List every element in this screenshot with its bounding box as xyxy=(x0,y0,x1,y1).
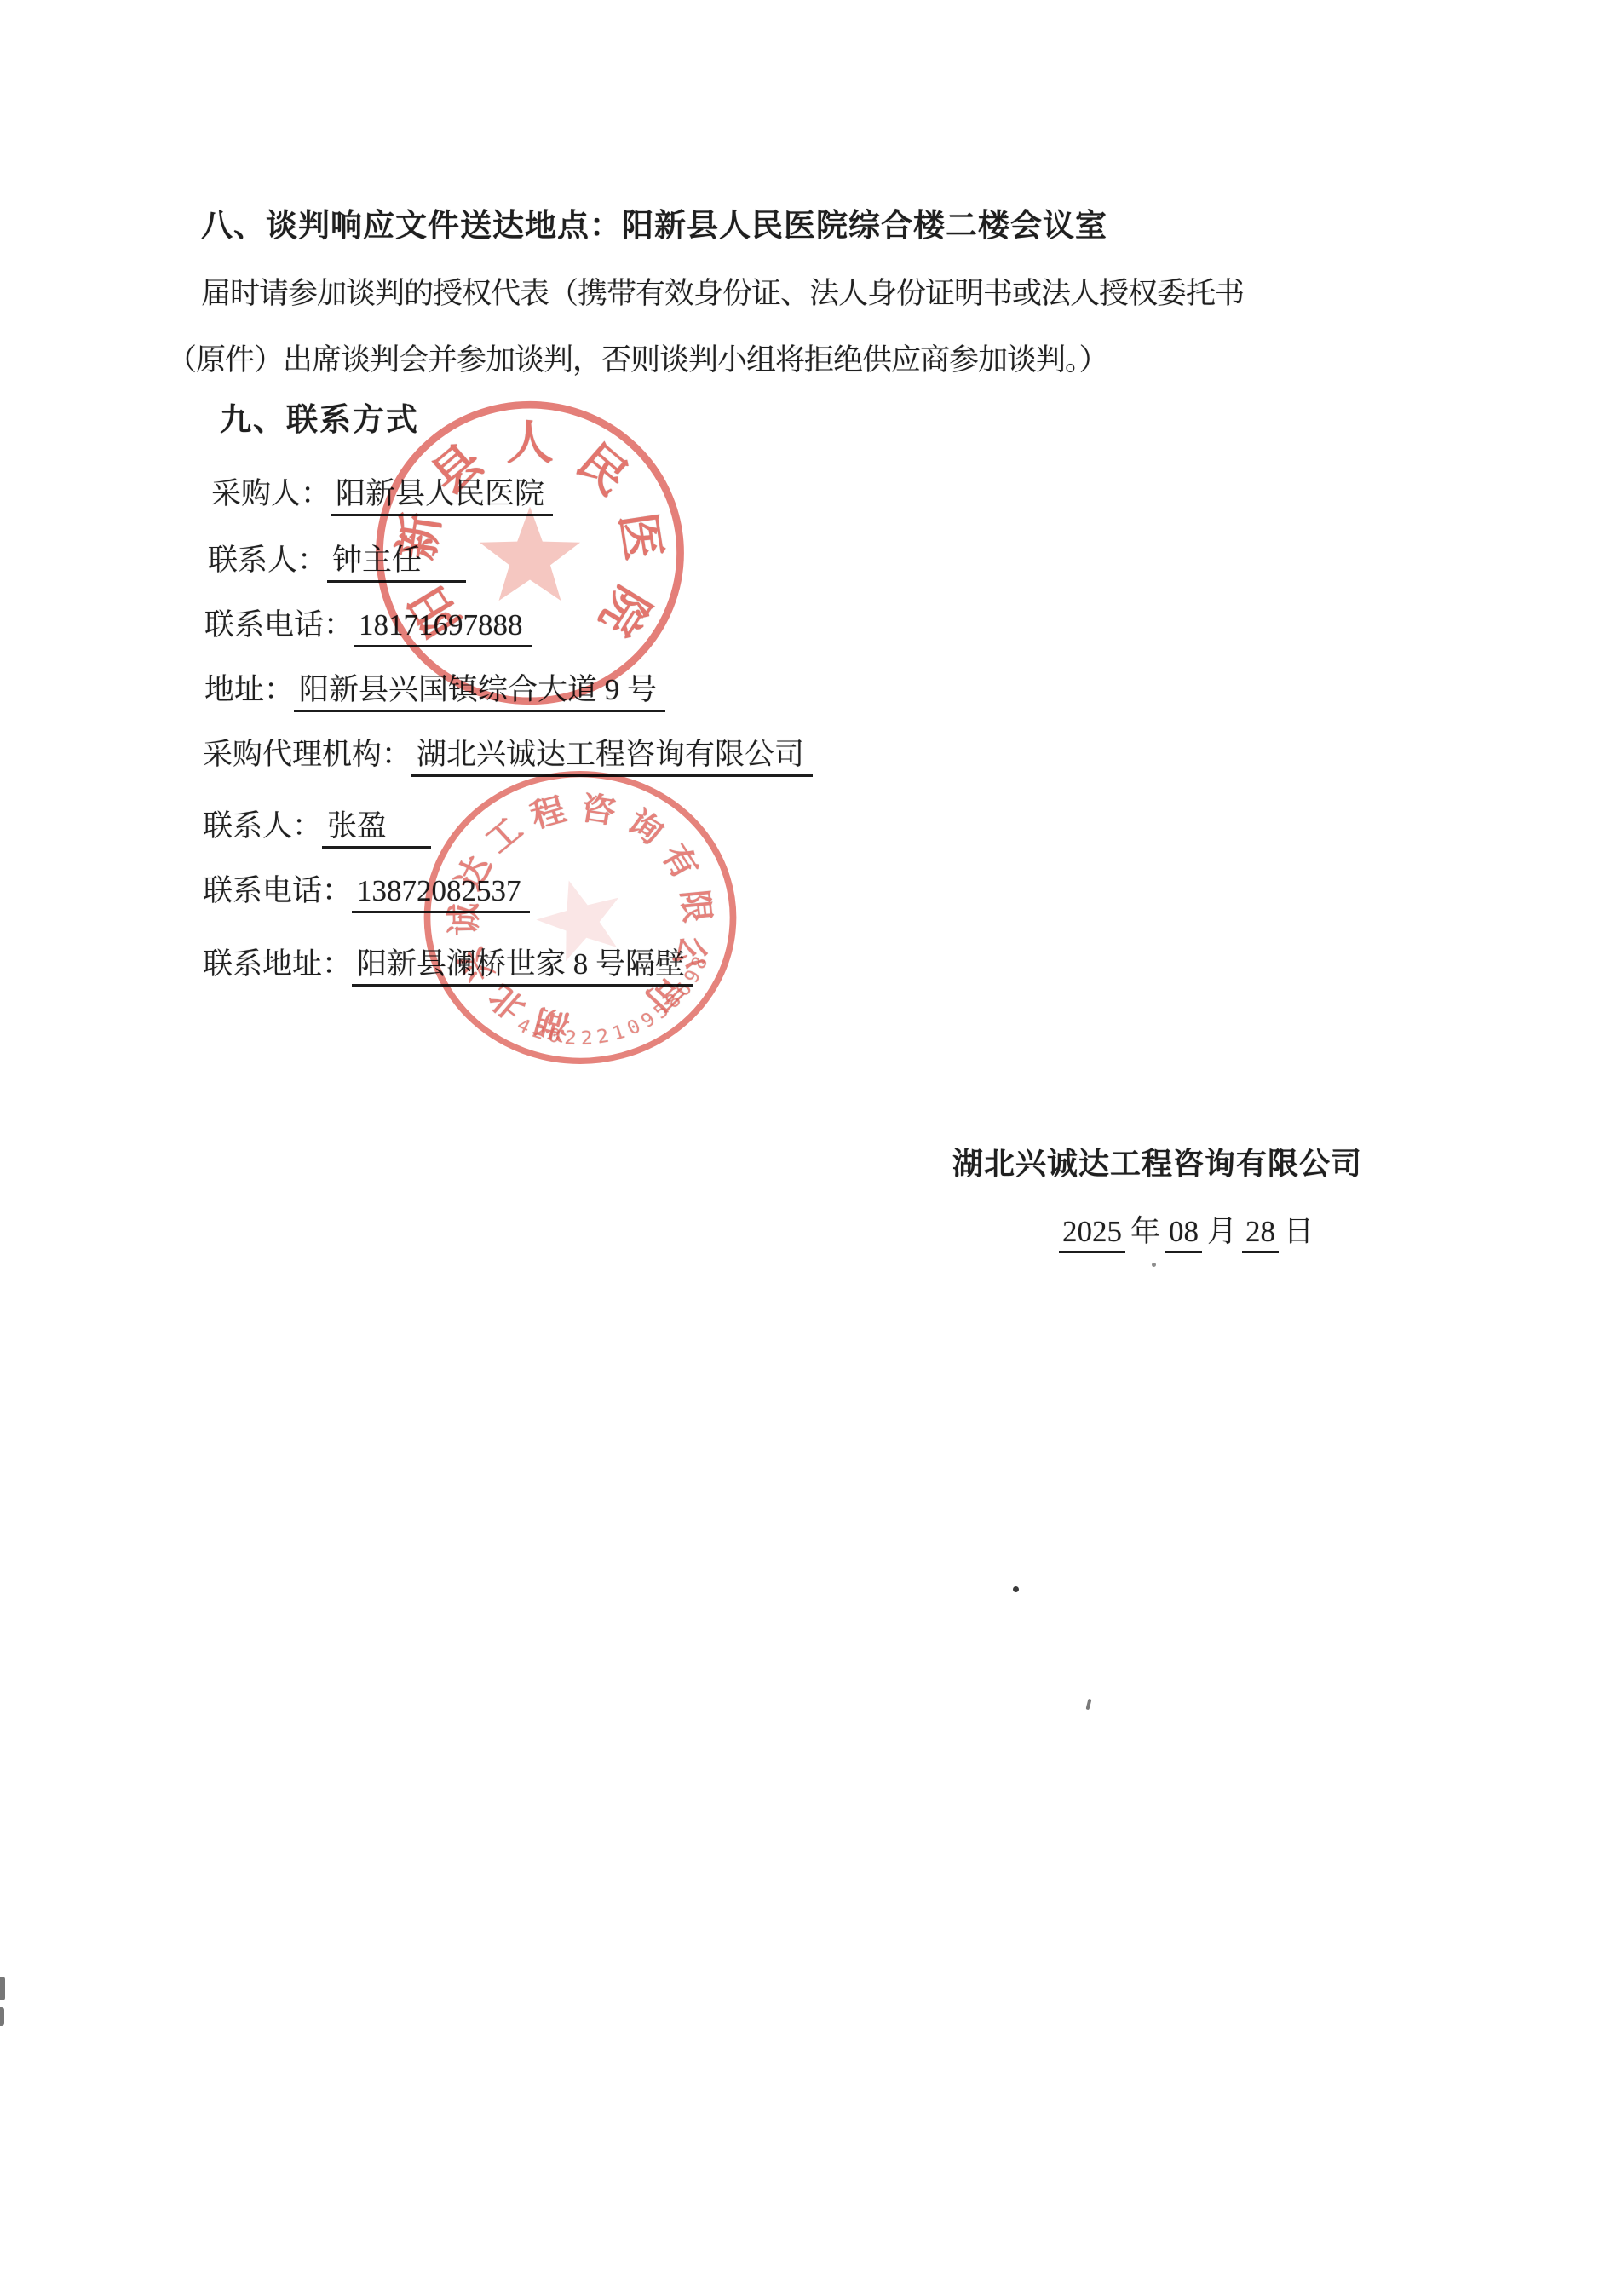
svg-text:2: 2 xyxy=(595,1025,610,1048)
scan-speck xyxy=(1013,1586,1019,1592)
svg-text:医: 医 xyxy=(610,509,672,564)
svg-text:1: 1 xyxy=(610,1021,628,1045)
scan-speck xyxy=(1085,1699,1091,1711)
agency-label: 采购代理机构： xyxy=(203,738,411,771)
paragraph-line-1: 届时请参加谈判的授权代表（携带有效身份证、法人身份证明书或法人授权委托书 xyxy=(201,275,1244,313)
agency-person-label: 联系人： xyxy=(203,809,322,843)
agency-seal-stamp: 湖北兴诚达工程咨询有限公司 42022210958698 xyxy=(416,763,745,1072)
contact-line-agency-person: 联系人：张盈 xyxy=(203,808,431,845)
section-8-heading: 八、谈判响应文件送达地点：阳新县人民医院综合楼二楼会议室 xyxy=(201,206,1107,245)
date-month-unit: 月 xyxy=(1207,1215,1237,1248)
svg-text:有: 有 xyxy=(653,838,706,886)
date-year: 2025 xyxy=(1059,1215,1125,1253)
paragraph-line-2: （原件）出席谈判会并参加谈判，否则谈判小组将拒绝供应商参加谈判。） xyxy=(167,342,1108,379)
agency-seal-body: 湖北兴诚达工程咨询有限公司 42022210958698 xyxy=(416,763,745,1072)
date-month: 08 xyxy=(1165,1215,1202,1253)
svg-text:2: 2 xyxy=(580,1027,593,1050)
agency-person-value: 张盈 xyxy=(322,809,431,849)
date-day: 28 xyxy=(1242,1215,1279,1253)
purchaser-label: 采购人： xyxy=(211,477,331,510)
svg-text:达: 达 xyxy=(449,850,500,895)
svg-text:2: 2 xyxy=(564,1027,578,1050)
scan-edge-mark xyxy=(0,2007,4,2026)
signature-date: 2025年08月28日 xyxy=(1059,1213,1319,1251)
svg-text:工: 工 xyxy=(478,810,531,860)
svg-text:咨: 咨 xyxy=(578,789,618,832)
signature-company: 湖北兴诚达工程咨询有限公司 xyxy=(952,1145,1362,1183)
agency-address-label: 联系地址： xyxy=(203,947,352,981)
svg-text:询: 询 xyxy=(619,803,670,852)
svg-text:限: 限 xyxy=(674,888,717,924)
date-day-unit: 日 xyxy=(1284,1215,1314,1248)
scanned-document-page: 八、谈判响应文件送达地点：阳新县人民医院综合楼二楼会议室 届时请参加谈判的授权代… xyxy=(0,0,1622,2296)
faded-star-icon xyxy=(527,870,632,965)
svg-text:人: 人 xyxy=(506,415,553,469)
agency-phone-label: 联系电话： xyxy=(203,874,352,907)
svg-text:新: 新 xyxy=(388,509,450,564)
svg-text:程: 程 xyxy=(526,791,571,836)
hospital-seal-stamp: 阳新县人民医院 xyxy=(365,390,695,716)
scan-edge-mark xyxy=(0,1977,5,2000)
scan-speck xyxy=(1152,1263,1156,1267)
address-label: 地址： xyxy=(204,673,294,706)
svg-text:诚: 诚 xyxy=(444,903,485,936)
star-icon xyxy=(480,507,580,601)
phone-label: 联系电话： xyxy=(204,608,354,642)
contact-person-label: 联系人： xyxy=(208,544,327,577)
date-year-unit: 年 xyxy=(1130,1215,1160,1248)
svg-text:兴: 兴 xyxy=(450,941,502,987)
